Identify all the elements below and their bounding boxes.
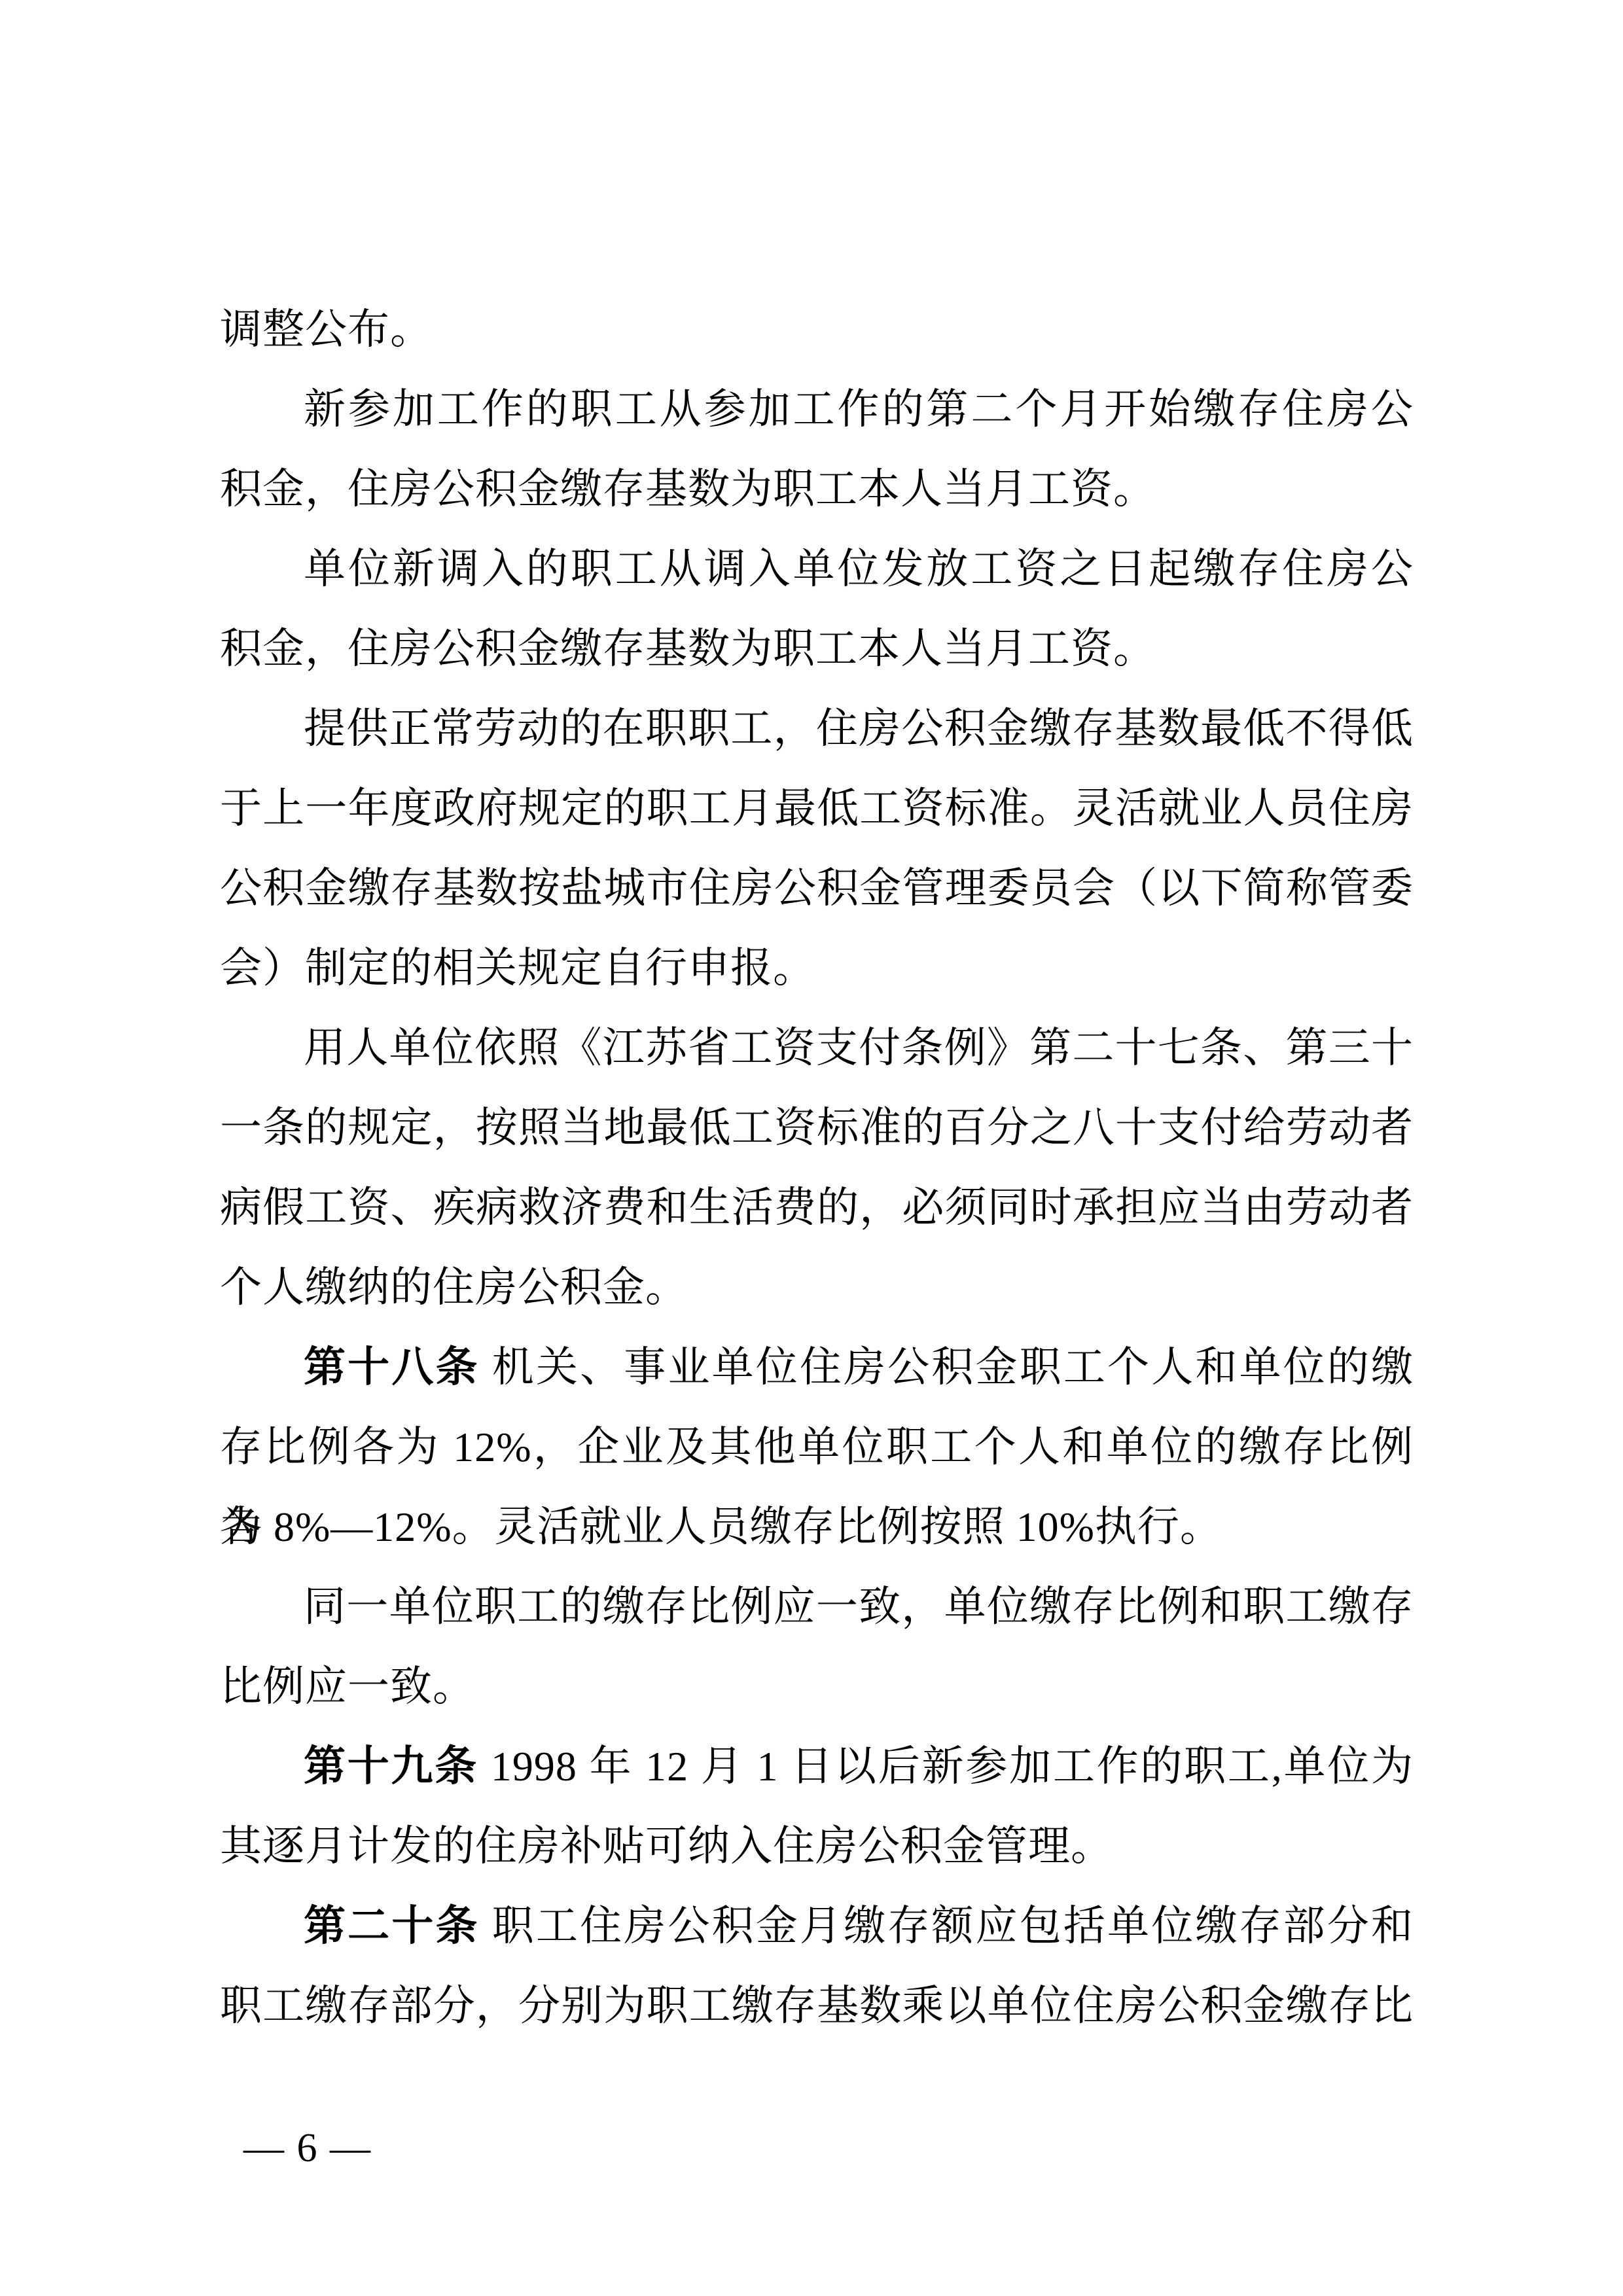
body-text: 1998 年 12 月 1 日以后新参加工作的职工,单位为 <box>478 1743 1414 1790</box>
text-line: 同一单位职工的缴存比例应一致，单位缴存比例和职工缴存 <box>220 1567 1414 1647</box>
text-line: 于上一年度政府规定的职工月最低工资标准。灵活就业人员住房 <box>220 769 1414 849</box>
page-number: — 6 — <box>243 2119 372 2178</box>
text-line: 公积金缴存基数按盐城市住房公积金管理委员会（以下简称管委 <box>220 849 1414 928</box>
text-line: 职工缴存部分，分别为职工缴存基数乘以单位住房公积金缴存比 <box>220 1966 1414 2046</box>
body-text: 为 8%—12%。灵活就业人员缴存比例按照 10%执行。 <box>220 1504 1222 1550</box>
body-text: 比例应一致。 <box>220 1663 475 1710</box>
body-text: 个人缴纳的住房公积金。 <box>220 1264 688 1311</box>
body-text: 用人单位依照《江苏省工资支付条例》第二十七条、第三十 <box>304 1025 1414 1071</box>
body-text: 病假工资、疾病救济费和生活费的，必须同时承担应当由劳动者 <box>220 1184 1414 1231</box>
text-block: 调整公布。新参加工作的职工从参加工作的第二个月开始缴存住房公积金，住房公积金缴存… <box>220 290 1414 2046</box>
text-line: 单位新调入的职工从调入单位发放工资之日起缴存住房公 <box>220 529 1414 609</box>
body-text: 会）制定的相关规定自行申报。 <box>220 945 815 991</box>
body-text: 积金，住房公积金缴存基数为职工本人当月工资。 <box>220 626 1156 672</box>
text-line: 为 8%—12%。灵活就业人员缴存比例按照 10%执行。 <box>220 1487 1414 1567</box>
article-number: 第十九条 <box>304 1743 478 1790</box>
body-text: 单位新调入的职工从调入单位发放工资之日起缴存住房公 <box>304 546 1414 592</box>
body-text: 机关、事业单位住房公积金职工个人和单位的缴 <box>480 1344 1414 1390</box>
text-line: 提供正常劳动的在职职工，住房公积金缴存基数最低不得低 <box>220 689 1414 769</box>
body-text: 职工缴存部分，分别为职工缴存基数乘以单位住房公积金缴存比 <box>220 1983 1414 2029</box>
text-line: 存比例各为 12%，企业及其他单位职工个人和单位的缴存比例各 <box>220 1407 1414 1487</box>
body-text: 一条的规定，按照当地最低工资标准的百分之八十支付给劳动者 <box>220 1104 1414 1151</box>
text-line: 比例应一致。 <box>220 1647 1414 1727</box>
text-line: 新参加工作的职工从参加工作的第二个月开始缴存住房公 <box>220 370 1414 450</box>
text-line: 第二十条 职工住房公积金月缴存额应包括单位缴存部分和 <box>220 1886 1414 1966</box>
text-line: 第十八条 机关、事业单位住房公积金职工个人和单位的缴 <box>220 1328 1414 1407</box>
body-text: 同一单位职工的缴存比例应一致，单位缴存比例和职工缴存 <box>304 1583 1414 1630</box>
text-line: 个人缴纳的住房公积金。 <box>220 1248 1414 1328</box>
text-line: 第十九条 1998 年 12 月 1 日以后新参加工作的职工,单位为 <box>220 1727 1414 1807</box>
text-line: 其逐月计发的住房补贴可纳入住房公积金管理。 <box>220 1807 1414 1886</box>
body-text: 新参加工作的职工从参加工作的第二个月开始缴存住房公 <box>304 386 1414 433</box>
body-text: 积金，住房公积金缴存基数为职工本人当月工资。 <box>220 466 1156 512</box>
body-text: 其逐月计发的住房补贴可纳入住房公积金管理。 <box>220 1823 1113 1869</box>
text-line: 用人单位依照《江苏省工资支付条例》第二十七条、第三十 <box>220 1008 1414 1088</box>
text-line: 调整公布。 <box>220 290 1414 370</box>
body-text: 调整公布。 <box>220 306 433 353</box>
article-number: 第十八条 <box>304 1344 480 1390</box>
document-page: 调整公布。新参加工作的职工从参加工作的第二个月开始缴存住房公积金，住房公积金缴存… <box>0 0 1623 2296</box>
text-line: 会）制定的相关规定自行申报。 <box>220 928 1414 1008</box>
text-line: 病假工资、疾病救济费和生活费的，必须同时承担应当由劳动者 <box>220 1168 1414 1248</box>
body-text: 于上一年度政府规定的职工月最低工资标准。灵活就业人员住房 <box>220 785 1414 832</box>
body-text: 公积金缴存基数按盐城市住房公积金管理委员会（以下简称管委 <box>220 865 1414 911</box>
text-line: 积金，住房公积金缴存基数为职工本人当月工资。 <box>220 609 1414 689</box>
body-text: 提供正常劳动的在职职工，住房公积金缴存基数最低不得低 <box>304 705 1414 752</box>
text-line: 一条的规定，按照当地最低工资标准的百分之八十支付给劳动者 <box>220 1088 1414 1168</box>
text-line: 积金，住房公积金缴存基数为职工本人当月工资。 <box>220 450 1414 529</box>
article-number: 第二十条 <box>304 1903 480 1949</box>
body-text: 职工住房公积金月缴存额应包括单位缴存部分和 <box>480 1903 1414 1949</box>
